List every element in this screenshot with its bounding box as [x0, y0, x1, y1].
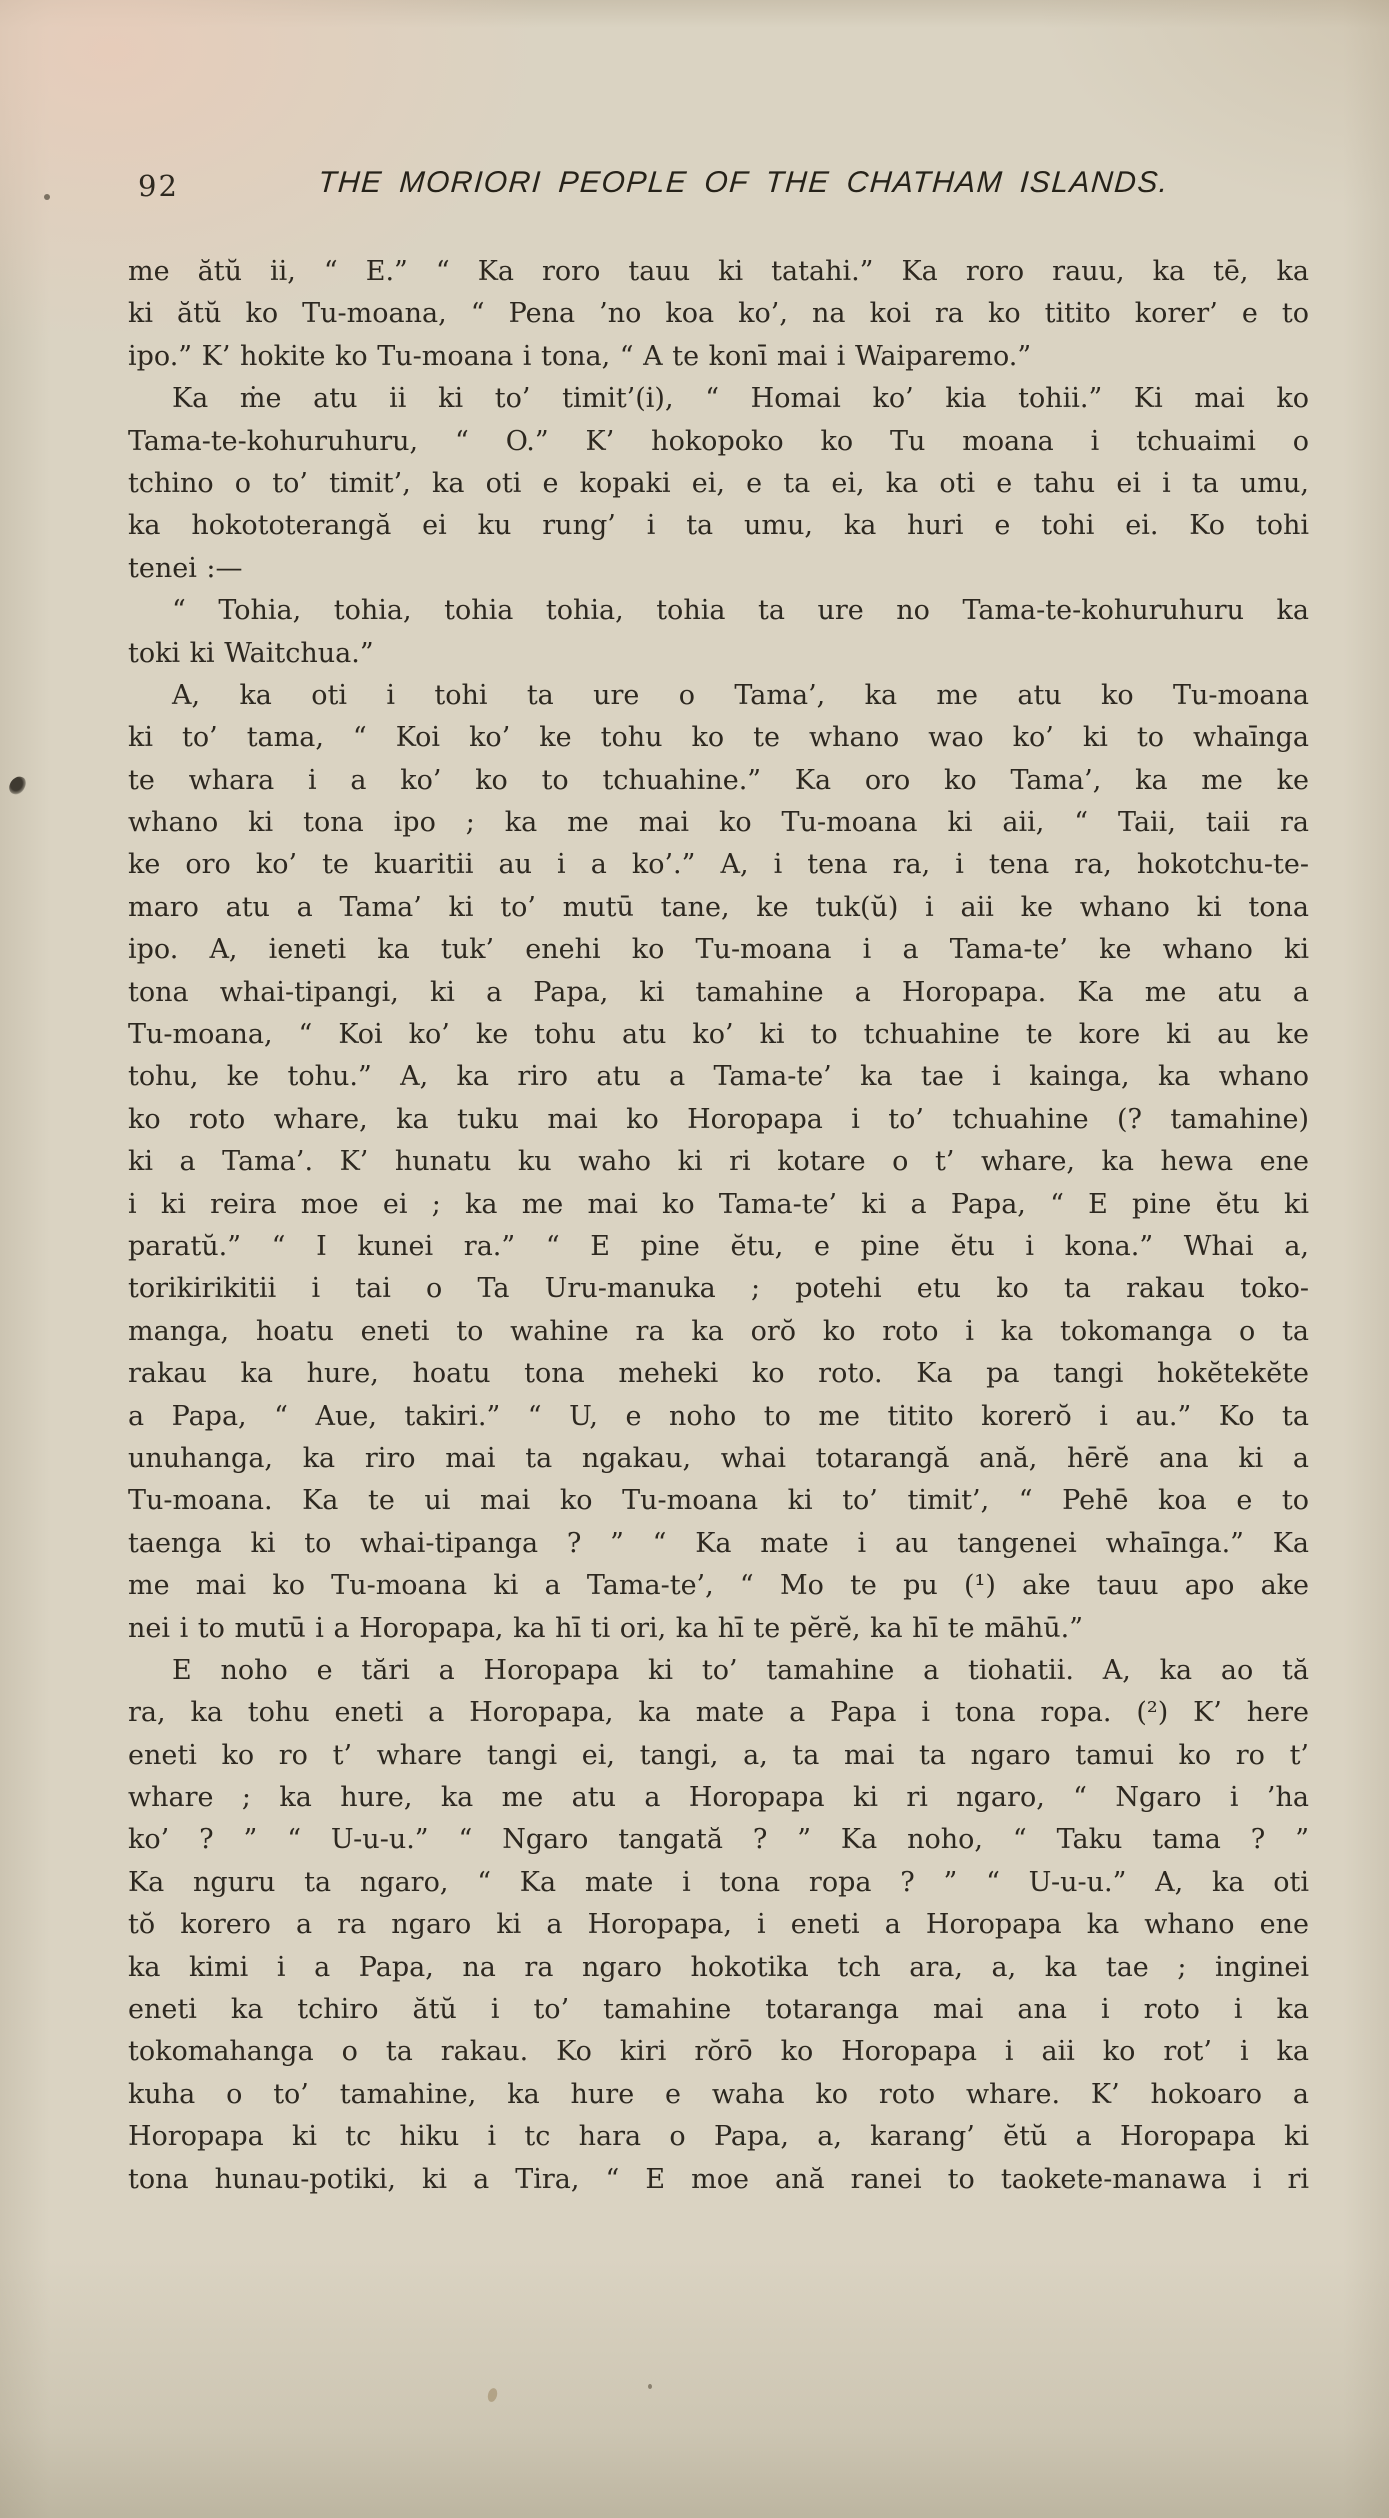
text-line: ipo.” K’ hokite ko Tu-moana i tona, “ A … [128, 336, 1309, 378]
text-line: ko roto whare, ka tuku mai ko Horopapa i… [128, 1099, 1309, 1141]
text-line: whare ; ka hure, ka me atu a Horopapa ki… [128, 1777, 1309, 1819]
text-line: ka kimi i a Papa, na ra ngaro hokotika t… [128, 1947, 1309, 1989]
text-line: i ki reira moe ei ; ka me mai ko Tama-te… [128, 1184, 1309, 1226]
text-line: Ka ṁe atu ii ki to’ timit’(i), “ Homai k… [128, 378, 1309, 420]
text-line: A, ka oti i tohi ta ure o Tama’, ka me a… [128, 675, 1309, 717]
text-line: “ Tohia, tohia, tohia tohia, tohia ta ur… [128, 590, 1309, 632]
text-line: Horopapa ki tc hiku i tc hara o Papa, a,… [128, 2116, 1309, 2158]
text-line: ko’ ? ” “ U-u-u.” “ Ngaro tangată ? ” Ka… [128, 1819, 1309, 1861]
text-line: tŏ korero a ra ngaro ki a Horopapa, i en… [128, 1904, 1309, 1946]
text-line: me ătŭ ii, “ E.” “ Ka roro tauu ki tatah… [128, 251, 1309, 293]
text-line: te whara i a ko’ ko to tchuahine.” Ka or… [128, 760, 1309, 802]
running-title: THE MORIORI PEOPLE OF THE CHATHAM ISLAND… [217, 166, 1270, 200]
text-line: nei i to mutū i a Horopapa, ka hī ti ori… [128, 1608, 1309, 1650]
text-line: ki to’ tama, “ Koi ko’ ke tohu ko te wha… [128, 717, 1309, 759]
text-line: taenga ki to whai-tipanga ? ” “ Ka mate … [128, 1523, 1309, 1565]
text-line: tokomahanga o ta rakau. Ko kiri rŏrō ko … [128, 2031, 1309, 2073]
text-line: ki a Tama’. K’ hunatu ku waho ki ri kota… [128, 1141, 1309, 1183]
text-line: rakau ka hure, hoatu tona meheki ko roto… [128, 1353, 1309, 1395]
text-line: tona whai-tipangi, ki a Papa, ki tamahin… [128, 972, 1309, 1014]
text-line: maro atu a Tama’ ki to’ mutū tane, ke tu… [128, 887, 1309, 929]
text-line: tenei :— [128, 548, 1309, 590]
ink-spot [7, 774, 28, 797]
book-page: 92 THE MORIORI PEOPLE OF THE CHATHAM ISL… [0, 0, 1389, 2518]
text-line: kuha o to’ tamahine, ka hure e waha ko r… [128, 2074, 1309, 2116]
text-line: manga, hoatu eneti to wahine ra ka orŏ k… [128, 1311, 1309, 1353]
page-header: 92 THE MORIORI PEOPLE OF THE CHATHAM ISL… [128, 166, 1309, 206]
text-line: ipo. A, ieneti ka tuk’ enehi ko Tu-moana… [128, 929, 1309, 971]
text-line: Tama-te-kohuruhuru, “ O.” K’ hokopoko ko… [128, 421, 1309, 463]
text-line: torikirikitii i tai o Ta Uru-manuka ; po… [128, 1268, 1309, 1310]
text-line: toki ki Waitchua.” [128, 633, 1309, 675]
text-line: eneti ko ro t’ whare tangi ei, tangi, a,… [128, 1735, 1309, 1777]
text-line: Ka nguru ta ngaro, “ Ka mate i tona ropa… [128, 1862, 1309, 1904]
text-line: tona hunau-potiki, ki a Tira, “ E moe an… [128, 2159, 1309, 2201]
text-line: Tu-moana, “ Koi ko’ ke tohu atu ko’ ki t… [128, 1014, 1309, 1056]
text-line: paratŭ.” “ I kunei ra.” “ E pine ĕtu, e … [128, 1226, 1309, 1268]
text-line: ki ătŭ ko Tu-moana, “ Pena ’no koa ko’, … [128, 293, 1309, 335]
page-number: 92 [138, 169, 179, 203]
text-line: me mai ko Tu-moana ki a Tama-te’, “ Mo t… [128, 1565, 1309, 1607]
text-line: ke oro ko’ te kuaritii au i a ko’.” A, i… [128, 844, 1309, 886]
ink-spot [44, 194, 50, 200]
text-line: ra, ka tohu eneti a Horopapa, ka mate a … [128, 1692, 1309, 1734]
text-line: E noho e tări a Horopapa ki to’ tamahine… [128, 1650, 1309, 1692]
text-block: me ătŭ ii, “ E.” “ Ka roro tauu ki tatah… [128, 251, 1309, 2201]
paper-speck [648, 2384, 652, 2389]
text-line: Tu-moana. Ka te ui mai ko Tu-moana ki to… [128, 1480, 1309, 1522]
text-line: a Papa, “ Aue, takiri.” “ U, e noho to m… [128, 1396, 1309, 1438]
paper-speck [486, 2387, 498, 2403]
text-line: unuhanga, ka riro mai ta ngakau, whai to… [128, 1438, 1309, 1480]
text-line: tohu, ke tohu.” A, ka riro atu a Tama-te… [128, 1056, 1309, 1098]
text-line: whano ki tona ipo ; ka me mai ko Tu-moan… [128, 802, 1309, 844]
text-line: eneti ka tchiro ătŭ i to’ tamahine totar… [128, 1989, 1309, 2031]
text-line: ka hokototerangă ei ku rung’ i ta umu, k… [128, 505, 1309, 547]
text-line: tchino o to’ timit’, ka oti e kopaki ei,… [128, 463, 1309, 505]
